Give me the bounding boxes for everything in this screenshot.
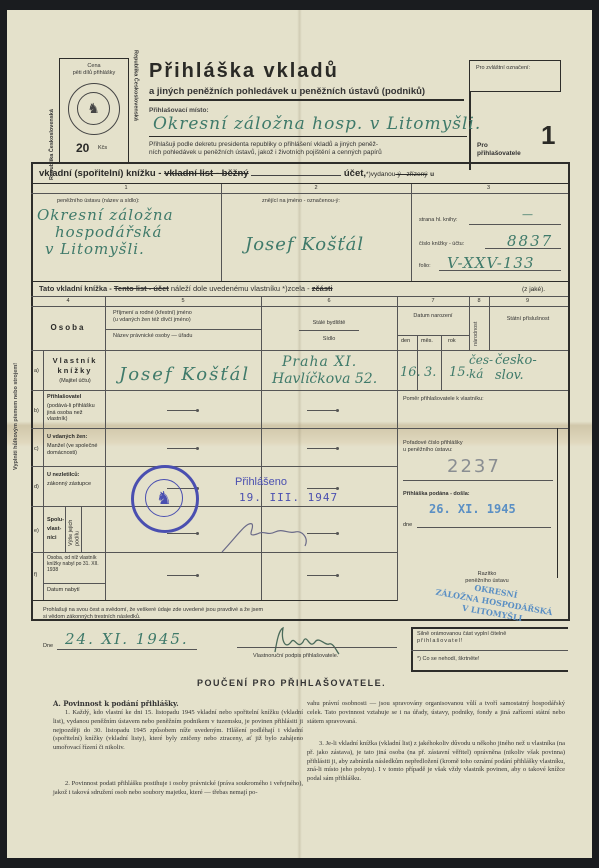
row-c-label: U vdaných žen: [47,434,87,441]
oath-text: Prohlašuji na svou čest a svědomí, že ve… [43,607,403,620]
header-month: měs. [421,338,433,345]
form-subtitle: a jiných peněžních pohledávek u peněžníc… [149,86,425,97]
owner-birth-year[interactable]: 15. [449,365,470,380]
header-dob: Datum narození [402,313,464,320]
instructions-p1: 1. Každý, kdo vlastní ke dni 15. listopa… [53,709,303,753]
place-value[interactable]: Okresní záložna hosp. v Litomyšli. [153,114,481,134]
side-instruction: Vyplniti hůlkovým písmem nebo strojem! [13,310,20,470]
header-name: Příjmení a rodné (křestní) jméno (u vdan… [113,310,192,323]
holder-name-label: znějící na jméno - označenou-ý: [262,198,340,205]
row-f-label: Osoba, od níž vlastník knížky nabyl po 3… [47,555,105,573]
oath-date-label: Dne [43,643,53,650]
institution-value[interactable]: Okresní záložna hospodářská v Litomyšli. [37,207,217,258]
instructions-p2: 2. Povinnost podati přihlášku postihuje … [53,780,303,798]
row-e-letter: e) [34,528,39,535]
row-a-sublabel: (Majitel účtu) [45,378,105,385]
header-citizenship: Státní příslušnost [493,316,563,323]
registered-stamp-text: Přihlášeno [235,476,287,488]
header-nationality: národnost [473,312,480,346]
col-6-number: 6 [261,298,397,305]
row-d-label: U nezletilců: [47,472,79,479]
row-c-sublabel: Manžel (ve společné domácnosti) [47,443,103,456]
header-person: Osoba [31,323,105,332]
official-signature [217,516,317,556]
declaration-intro: Přihlašuji podle dekretu presidenta repu… [149,141,467,157]
ownership-what-part: (z jaké). [522,286,545,294]
instructions-section-a: A. Povinnost k podání přihlášky. [53,699,179,708]
filed-label: Přihláška podána - došla: [403,491,470,498]
republic-side-text-right: Republika Československá [132,50,139,180]
ownership-line: Tato vkladní knížka - Tento list - účet … [39,284,333,293]
header-year: rok [448,338,456,345]
ledger-page-label: strana hl. knihy: [419,217,458,224]
ministry-seal-icon: ♞ [68,83,120,135]
col-1-number: 1 [31,185,221,192]
filed-day-label: dne [403,522,412,529]
holder-name-value[interactable]: Josef Košťál [245,234,364,255]
row-c-letter: c) [34,446,39,453]
header-seat: Sídlo [261,336,397,343]
copy-number: 1 [541,120,555,151]
owner-residence-street[interactable]: Havlíčkova 52. [272,371,377,387]
order-number-label: Pořadové číslo přihlášky u peněžního úst… [403,440,463,453]
form-sheet: Republika Československá Cena pěti dílů … [7,10,592,858]
relation-label: Poměr přihlašovatele k vlastníku: [403,396,484,403]
special-mark-box[interactable]: Pro zvláštní označení: [469,60,561,92]
owner-birth-day[interactable]: 16. [400,365,421,380]
stamp-currency: Kčs [98,145,107,152]
row-d-letter: d) [34,484,39,491]
registered-stamp-date: 19. III. 1947 [239,491,338,504]
row-b-label: Přihlašovatel [47,394,81,401]
row-f-letter: f) [34,572,37,579]
col-9-number: 9 [489,298,566,305]
row-a-label: Vlastník knížky [45,356,105,376]
col-8-number: 8 [469,298,489,305]
signature-label: Vlastnoruční podpis přihlašovatele. [253,653,338,660]
owner-name[interactable]: Josef Košťál [119,364,250,385]
instructions-p2-continued: vahu právní osobnosti — jsou spravovány … [307,700,565,726]
ledger-page-value[interactable]: — [522,208,533,221]
row-e-sublabel: Výše jejich podílu [68,510,81,546]
col-4-number: 4 [31,298,105,305]
copy-label: Pro přihlašovatele [477,142,521,158]
applicant-signature[interactable] [267,622,347,656]
filed-date-stamp: 26. XI. 1945 [429,502,516,516]
revenue-stamp-box: Cena pěti dílů přihlášky ♞ 20 Kčs [59,58,129,164]
folio-value[interactable]: V-XXV-133 [447,254,535,272]
fill-note: Silně orámovanou část vyplní čitelně při… [417,631,506,644]
institution-label: peněžního ústavu (název a sídlo): [57,198,140,205]
folio-label: folio: [419,263,431,270]
row-b-letter: b) [34,408,39,415]
book-number-label: číslo knížky - účtu: [419,241,464,248]
row-e-label: Spolu-vlast-níci [47,516,65,543]
passbook-line: vkladní (spořitelní) knížku - vkladní li… [39,168,434,179]
strike-note: *) Co se nehodí, škrtněte! [417,656,479,663]
row-b-sublabel: (podává-li přihlášku jiná osoba než vlas… [47,403,103,423]
stamp-price-value: 20 [76,141,89,155]
book-number-value[interactable]: 8837 [507,232,553,250]
owner-nationality[interactable]: čes-ká [469,353,493,381]
row-a-letter: a) [34,368,39,375]
row-d-sublabel: zákonný zástupce [47,481,103,488]
stamp-price-sublabel: pěti dílů přihlášky [60,70,128,77]
col-5-number: 5 [105,298,261,305]
col-2-number: 2 [221,185,411,192]
owner-residence-city[interactable]: Praha XI. [282,354,357,370]
special-mark-label: Pro zvláštní označení: [476,65,560,72]
instructions-p3: 3. Je-li vkladní knížka (vkladní list) z… [307,740,565,784]
form-title: Přihláška vkladů [149,60,339,83]
oath-date-value[interactable]: 24. XI. 1945. [65,630,189,648]
header-day: den [401,338,410,345]
row-f-sublabel: Datum nabytí [47,587,80,594]
republic-side-text-left: Republika Československá [49,50,56,180]
header-legal-name: Název právnické osoby — úřadu [113,333,192,340]
col-7-number: 7 [397,298,469,305]
official-round-stamp-icon: ♞ [131,465,199,533]
owner-birth-month[interactable]: 3. [424,365,436,380]
order-number-value[interactable]: 2237 [447,456,501,477]
col-3-number: 3 [411,185,566,192]
owner-citizenship[interactable]: česko-slov. [495,353,555,383]
instructions-title: POUČENÍ PRO PŘIHLAŠOVATELE. [197,678,386,688]
header-residence: Stálé bydliště [261,320,397,327]
